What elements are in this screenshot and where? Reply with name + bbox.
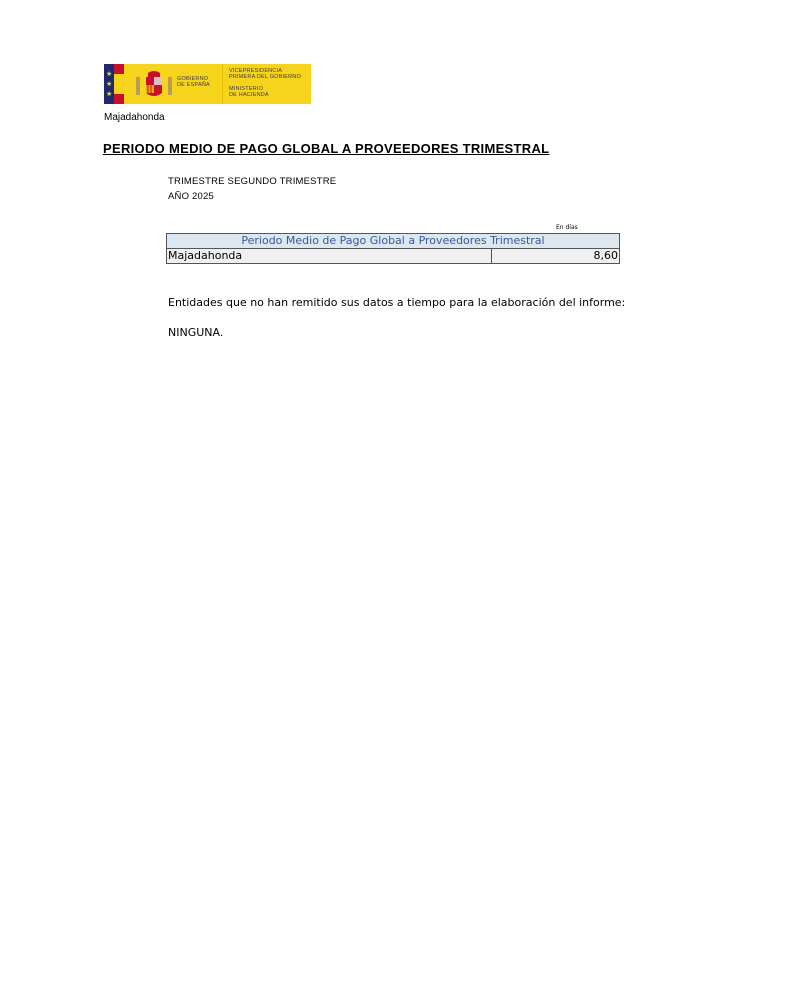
logo-yellow-band [114,74,124,94]
table-header-row: Periodo Medio de Pago Global a Proveedor… [167,234,620,249]
star-icon: ★ [106,81,112,88]
trimestre-label: TRIMESTRE SEGUNDO TRIMESTRE [168,176,336,187]
year-label: AÑO 2025 [168,191,214,202]
logo-text-line: DE HACIENDA [229,92,269,98]
table-row: Majadahonda 8,60 [167,249,620,264]
units-label: En días [556,224,578,231]
entity-cell: Majadahonda [167,249,492,264]
logo-ministerio-text: MINISTERIO DE HACIENDA [229,86,269,98]
logo-gobierno-text: GOBIERNO DE ESPAÑA [177,76,210,88]
missing-entities-note: Entidades que no han remitido sus datos … [168,296,625,309]
logo-text-line: DE ESPAÑA [177,82,210,88]
pmp-table: Periodo Medio de Pago Global a Proveedor… [166,233,620,264]
entity-label: Majadahonda [104,112,165,123]
coat-of-arms-icon [134,69,174,99]
government-logo: ★ ★ ★ GOBIERNO DE ESPAÑA VICEPRESIDENCIA… [104,64,311,104]
logo-divider [222,64,223,104]
logo-vicepresidencia-text: VICEPRESIDENCIA PRIMERA DEL GOBIERNO [229,68,301,80]
table-header: Periodo Medio de Pago Global a Proveedor… [167,234,620,249]
page-title: PERIODO MEDIO DE PAGO GLOBAL A PROVEEDOR… [103,141,549,156]
logo-text-line: PRIMERA DEL GOBIERNO [229,74,301,80]
star-icon: ★ [106,71,112,78]
missing-entities-value: NINGUNA. [168,326,223,339]
star-icon: ★ [106,91,112,98]
value-cell: 8,60 [492,249,620,264]
